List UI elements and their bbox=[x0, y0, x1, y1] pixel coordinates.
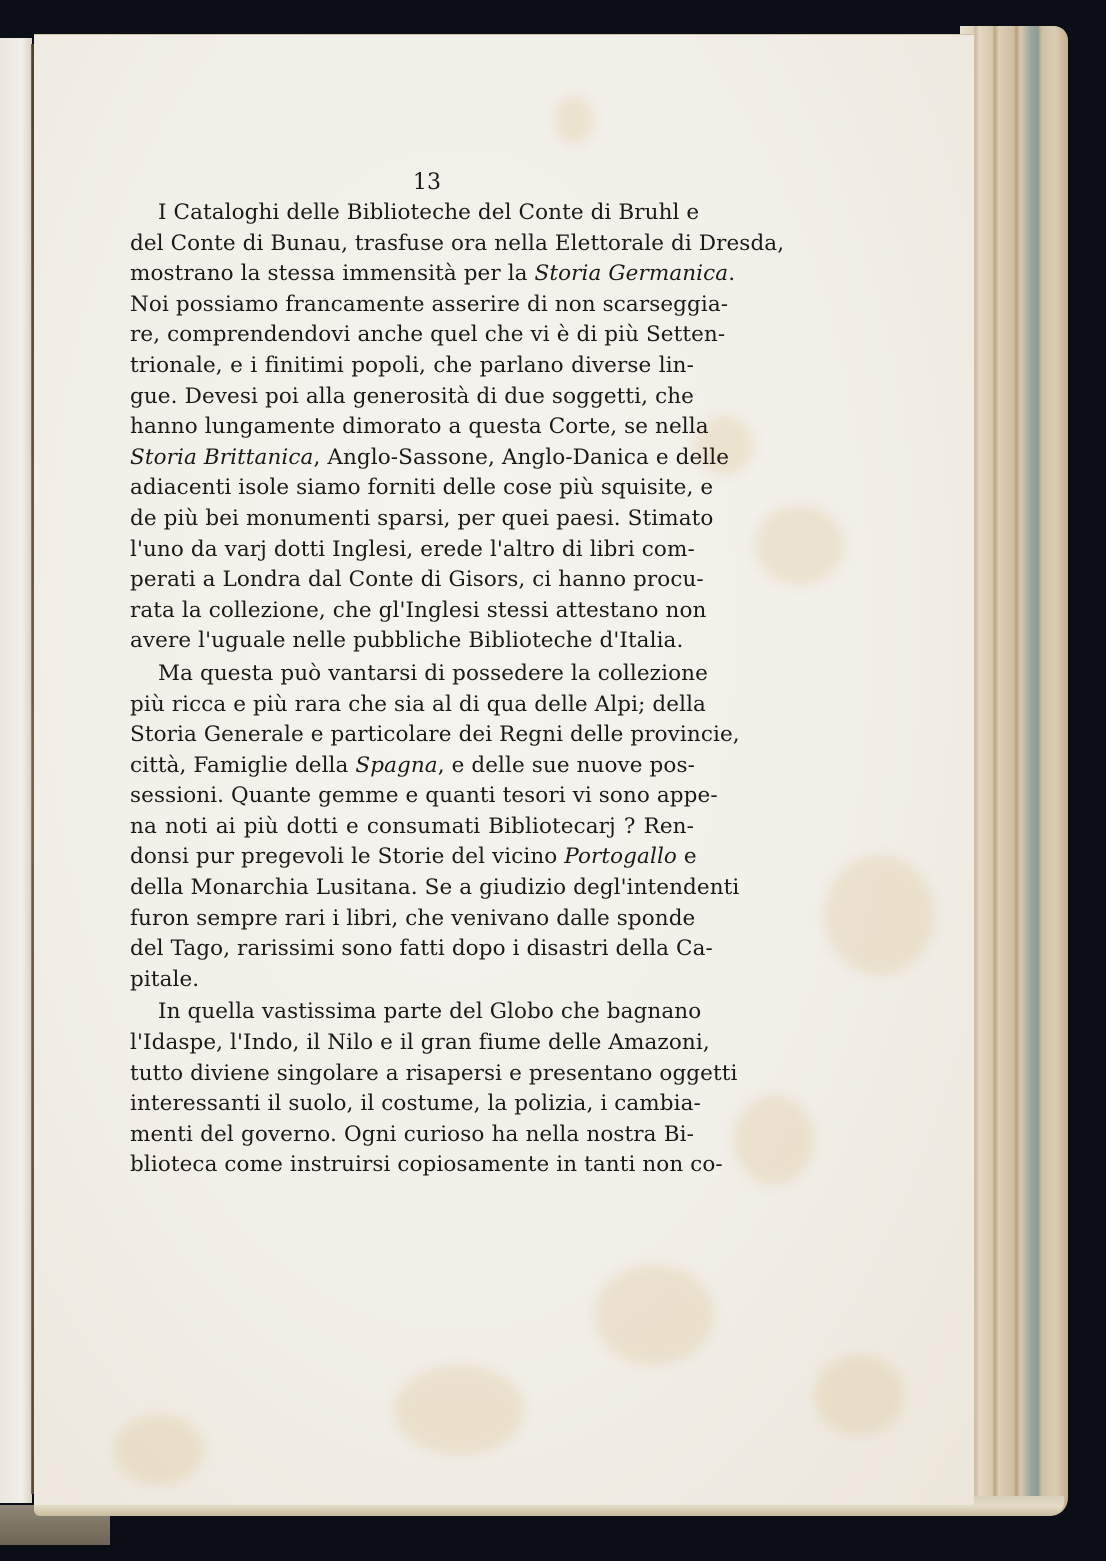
text-line: I Cataloghi delle Biblioteche del Conte … bbox=[130, 198, 694, 229]
italic-title: Spagna bbox=[355, 753, 437, 778]
book-gutter bbox=[31, 44, 34, 1494]
text-line: avere l'uguale nelle pubbliche Bibliotec… bbox=[130, 626, 694, 657]
text-line: rata la collezione, che gl'Inglesi stess… bbox=[130, 596, 694, 627]
foxing-stain bbox=[824, 855, 934, 975]
text-line: interessanti il suolo, il costume, la po… bbox=[130, 1089, 694, 1120]
italic-title: Portogallo bbox=[564, 844, 677, 869]
text-line: donsi pur pregevoli le Storie del vicino… bbox=[130, 842, 694, 873]
text-line: pitale. bbox=[130, 965, 694, 996]
paragraph: Ma questa può vantarsi di possedere la c… bbox=[130, 659, 694, 996]
text-line: blioteca come instruirsi copiosamente in… bbox=[130, 1150, 694, 1181]
text-line: perati a Londra dal Conte di Gisors, ci … bbox=[130, 565, 694, 596]
foxing-stain bbox=[754, 505, 844, 585]
text-line: adiacenti isole siamo forniti delle cose… bbox=[130, 473, 694, 504]
page-stack-fore-edge bbox=[960, 26, 1068, 1516]
foxing-stain bbox=[594, 1265, 714, 1365]
text-line: trionale, e i finitimi popoli, che parla… bbox=[130, 351, 694, 382]
text-line: de più bei monumenti sparsi, per quei pa… bbox=[130, 504, 694, 535]
foxing-stain bbox=[394, 1365, 524, 1455]
text-line: re, comprendendovi anche quel che vi è d… bbox=[130, 320, 694, 351]
foxing-stain bbox=[734, 1095, 814, 1185]
text-line: l'Idaspe, l'Indo, il Nilo e il gran fium… bbox=[130, 1028, 694, 1059]
page-number: 13 bbox=[160, 168, 694, 198]
text-line: gue. Devesi poi alla generosità di due s… bbox=[130, 382, 694, 413]
italic-title: Storia Germanica bbox=[535, 261, 729, 286]
text-line: hanno lungamente dimorato a questa Corte… bbox=[130, 412, 694, 443]
text-line: furon sempre rari i libri, che venivano … bbox=[130, 904, 694, 935]
text-line: del Tago, rarissimi sono fatti dopo i di… bbox=[130, 934, 694, 965]
text-line: Ma questa può vantarsi di possedere la c… bbox=[130, 659, 694, 690]
text-line: Storia Brittanica, Anglo-Sassone, Anglo-… bbox=[130, 443, 694, 474]
paragraph: In quella vastissima parte del Globo che… bbox=[130, 997, 694, 1181]
text-line: città, Famiglie della Spagna, e delle su… bbox=[130, 751, 694, 782]
text-line: In quella vastissima parte del Globo che… bbox=[130, 997, 694, 1028]
text-line: menti del governo. Ogni curioso ha nella… bbox=[130, 1120, 694, 1151]
text-line: Storia Generale e particolare dei Regni … bbox=[130, 720, 694, 751]
text-line: più ricca e più rara che sia al di qua d… bbox=[130, 690, 694, 721]
text-line: l'uno da varj dotti Inglesi, erede l'alt… bbox=[130, 535, 694, 566]
italic-title: Storia Brittanica bbox=[130, 445, 313, 470]
foxing-stain bbox=[554, 95, 594, 145]
foxing-stain bbox=[114, 1415, 204, 1485]
text-line: sessioni. Quante gemme e quanti tesori v… bbox=[130, 781, 694, 812]
paragraph: I Cataloghi delle Biblioteche del Conte … bbox=[130, 198, 694, 657]
text-line: della Monarchia Lusitana. Se a giudizio … bbox=[130, 873, 694, 904]
text-line: tutto diviene singolare a risapersi e pr… bbox=[130, 1059, 694, 1090]
text-line: na noti ai più dotti e consumati Bibliot… bbox=[130, 812, 694, 843]
paragraphs: I Cataloghi delle Biblioteche del Conte … bbox=[130, 198, 694, 1181]
text-line: Noi possiamo francamente asserire di non… bbox=[130, 290, 694, 321]
facing-page-edge bbox=[0, 38, 32, 1503]
text-line: del Conte di Bunau, trasfuse ora nella E… bbox=[130, 229, 694, 260]
foxing-stain bbox=[814, 1355, 904, 1435]
page-text: 13 I Cataloghi delle Biblioteche del Con… bbox=[130, 168, 694, 1181]
text-line: mostrano la stessa immensità per la Stor… bbox=[130, 259, 694, 290]
